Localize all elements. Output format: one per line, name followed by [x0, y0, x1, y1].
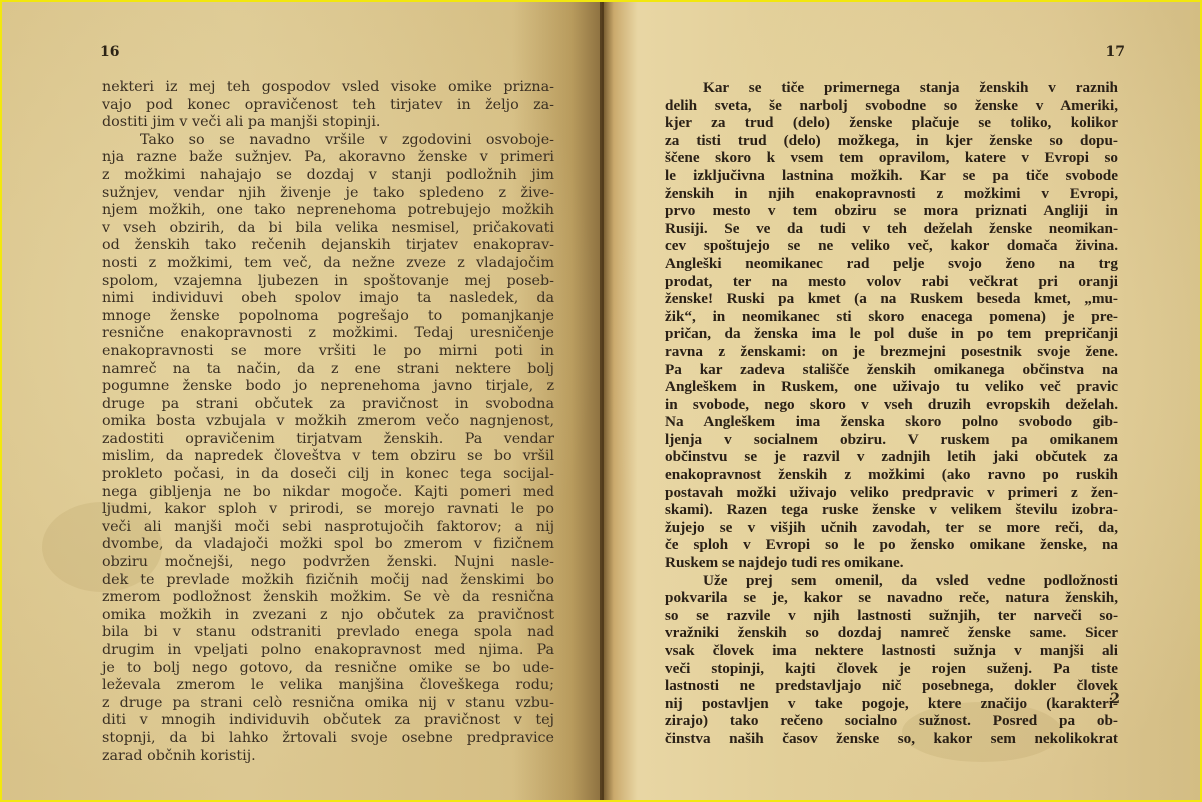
text-line: žujejo se v višjih učnih zavodah, ter se…: [665, 519, 1118, 537]
text-line: dvombe, da vladajoči možki spol bo zmero…: [102, 536, 554, 554]
text-line: zirajo) tako rečeno socialno sužnost. Po…: [665, 712, 1118, 730]
text-line: če sploh v Evropi so le po žensko omikan…: [665, 536, 1118, 554]
text-line: prvo mesto v tem obziru se mora priznati…: [665, 202, 1118, 220]
text-line: je to bolj nego gotovo, da resnične omik…: [102, 660, 554, 678]
text-line: pokvarila se je, kakor se navadno reče, …: [665, 589, 1118, 607]
text-line: Tako so se navadno vršile v zgodovini os…: [102, 132, 554, 150]
text-line: le izključivna lastnina možkih. Kar se p…: [665, 167, 1118, 185]
text-line: nja razne baže sužnjev. Pa, akoravno žen…: [102, 149, 554, 167]
text-line: leževala zmerom le velika manjšina člove…: [102, 677, 554, 695]
text-line: spolom, vzajemna ljubezen in spoštovanje…: [102, 273, 554, 291]
text-line: činstva naših časov ženske so, kakor sem…: [665, 730, 1118, 748]
text-line: pogumne ženske bodo jo neprenehoma javno…: [102, 378, 554, 396]
text-line: druge pa strani občutek za pravičnost in…: [102, 396, 554, 414]
text-line: zmerom podložnost ženskih možkim. Se vè …: [102, 589, 554, 607]
text-line: drugim in vpeljati polno enakopravnost m…: [102, 642, 554, 660]
text-line: Uže prej sem omenil, da vsled vedne podl…: [665, 572, 1118, 590]
text-line: Na Angleškem ima ženska skoro polno svob…: [665, 413, 1118, 431]
left-page-text: nekteri iz mej teh gospodov vsled visoke…: [102, 79, 554, 765]
text-line: Angleški neomikanec rad pelje svojo ženo…: [665, 255, 1118, 273]
text-line: omika bosta vzbujala v možkih zmerom več…: [102, 413, 554, 431]
text-line: mnoge ženske popolnoma pogrešajo to poma…: [102, 308, 554, 326]
text-line: enakopravnost ženskih z možkimi (ako rav…: [665, 466, 1118, 484]
text-line: za tisti trud (delo) možkega, in kjer že…: [665, 132, 1118, 150]
right-page: 17 Kar se tiče primernega stanja ženskih…: [602, 2, 1200, 800]
text-line: mislim, da napredek človeštva v tem obzi…: [102, 448, 554, 466]
right-page-text: Kar se tiče primernega stanja ženskih v …: [665, 79, 1118, 748]
book-gutter: [600, 2, 604, 800]
text-line: obziru močnejši, nego podvržen ženski. N…: [102, 554, 554, 572]
text-line: delih sveta, še narbolj svobodne so žens…: [665, 97, 1118, 115]
text-line: Kar se tiče primernega stanja ženskih v …: [665, 79, 1118, 97]
text-line: v vseh obzirih, da bi bila velika nesmis…: [102, 220, 554, 238]
text-line: ravna z ženskami: on je brezmejni posest…: [665, 343, 1118, 361]
signature-mark: 2: [1110, 691, 1120, 707]
page-number-left: 16: [100, 44, 119, 60]
text-line: so se razvile v njih lastnosti sužnjih, …: [665, 607, 1118, 625]
text-line: namreč na ta način, da z ene strani nekt…: [102, 361, 554, 379]
text-line: zadostiti opravičenim tirjatvam ženskih.…: [102, 431, 554, 449]
text-line: njem možkih, one tako neprenehoma potreb…: [102, 202, 554, 220]
text-line: Pa kar zadeva stališče ženskih omikanega…: [665, 361, 1118, 379]
text-line: žik“, in neomikanec sti skoro enacega po…: [665, 308, 1118, 326]
text-line: bila bi v stanu odstraniti prevlado eneg…: [102, 624, 554, 642]
text-line: ženske! Ruski pa kmet (a na Ruskem besed…: [665, 290, 1118, 308]
text-line: diti v mnogih individuvih občutek za pra…: [102, 712, 554, 730]
text-line: ljudmi, kakor sploh v prirodi, se morejo…: [102, 501, 554, 519]
text-line: resnične enakopravnosti z možkimi. Tedaj…: [102, 325, 554, 343]
text-line: vražniki ženskih so dozdaj namreč ženske…: [665, 624, 1118, 642]
page-number-right: 17: [1106, 44, 1125, 60]
text-line: kjer za trud (delo) ženske plačuje se to…: [665, 114, 1118, 132]
text-line: nega gibljenja ne bo nikdar mogoče. Kajt…: [102, 484, 554, 502]
text-line: nekteri iz mej teh gospodov vsled visoke…: [102, 79, 554, 97]
text-line: Rusiji. Se ve da tudi v teh deželah žens…: [665, 220, 1118, 238]
text-line: sužnjev, vendar njih živenje je tako spl…: [102, 185, 554, 203]
text-line: prodat, ter na mesto volov rabi večkrat …: [665, 273, 1118, 291]
text-line: stopnji, da bi lahko žrtovali svoje oseb…: [102, 730, 554, 748]
text-line: zarad občnih koristij.: [102, 748, 554, 766]
text-line: z druge pa strani celò resnična omika ni…: [102, 695, 554, 713]
text-line: od ženskih tako rečenih dejanskih tirjat…: [102, 237, 554, 255]
text-line: Ruskem se najdejo tudi res omikane.: [665, 554, 1118, 572]
text-line: občinstvu se je razvil v zadnjih letih j…: [665, 448, 1118, 466]
text-line: nosti z možkimi, tem več, da nežne zveze…: [102, 255, 554, 273]
book-spread: 16 nekteri iz mej teh gospodov vsled vis…: [2, 2, 1200, 800]
text-line: skami). Razen tega ruske ženske v velike…: [665, 501, 1118, 519]
text-line: omika možkih in zvezani z njo občutek za…: [102, 607, 554, 625]
text-line: z možkimi nahajajo se dozdaj v stanji po…: [102, 167, 554, 185]
text-line: cev spoštujejo se ne veliko več, kakor d…: [665, 237, 1118, 255]
text-line: vajo pod konec opravičenost teh tirjatev…: [102, 97, 554, 115]
text-line: nij postavljen v take pogoje, ktere znač…: [665, 695, 1118, 713]
text-line: lastnosti ne predstavljajo nič posebnega…: [665, 677, 1118, 695]
text-line: Angleškem in Ruskem, one uživajo tu veli…: [665, 378, 1118, 396]
text-line: prokleto počasi, in da doseči cilj in ko…: [102, 466, 554, 484]
text-line: veči ali manjši moči sebi nasprotujočih …: [102, 519, 554, 537]
text-line: postavah možki uživajo veliko predpravic…: [665, 484, 1118, 502]
text-line: ščene skoro k vsem tem opravilom, katere…: [665, 149, 1118, 167]
text-line: vsak človek ima nektere lastnosti sužnja…: [665, 642, 1118, 660]
text-line: ženskih in njih enakopravnosti z možkimi…: [665, 185, 1118, 203]
text-line: pričan, da ženska ima le pol duše in po …: [665, 325, 1118, 343]
text-line: nimi individuvi obeh spolov imajo ta nas…: [102, 290, 554, 308]
text-line: dostiti jim v veči ali pa manjši stopinj…: [102, 114, 554, 132]
text-line: dek te prevlade možkih fizičnih močij na…: [102, 572, 554, 590]
text-line: enakopravnosti se more vršiti le po mirn…: [102, 343, 554, 361]
text-line: veči stopinji, kajti človek je rojen suž…: [665, 660, 1118, 678]
left-page: 16 nekteri iz mej teh gospodov vsled vis…: [2, 2, 602, 800]
text-line: in svobode, nego skoro v vseh druzih evr…: [665, 396, 1118, 414]
text-line: ljenja v socialnem obziru. V ruskem pa o…: [665, 431, 1118, 449]
